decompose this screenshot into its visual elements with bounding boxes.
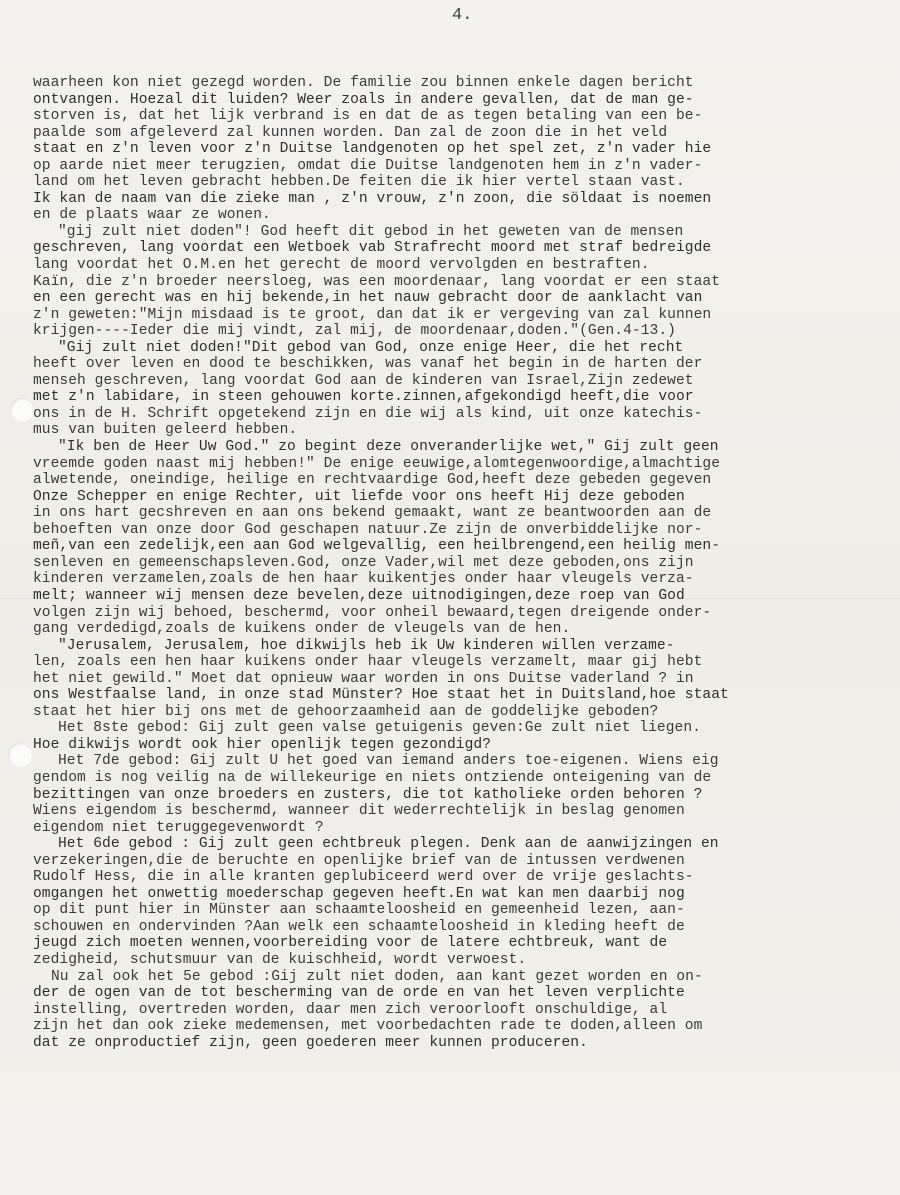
punch-hole (10, 398, 34, 422)
text-line: Onze Schepper en enige Rechter, uit lief… (33, 489, 900, 506)
text-line: Ik kan de naam van die zieke man , z'n v… (33, 191, 900, 208)
text-line: op dit punt hier in Münster aan schaamte… (33, 902, 900, 919)
text-line: "Ik ben de Heer Uw God." zo begint deze … (33, 439, 900, 456)
text-line: ontvangen. Hoezal dit luiden? Weer zoals… (33, 92, 900, 109)
text-line: geschreven, lang voordat een Wetboek vab… (33, 240, 900, 257)
text-line: alwetende, oneindige, heilige en rechtva… (33, 472, 900, 489)
text-line: vreemde goden naast mij hebben!" De enig… (33, 456, 900, 473)
text-line: en een gerecht was en hij bekende,in het… (33, 290, 900, 307)
text-line: dat ze onproductief zijn, geen goederen … (33, 1035, 900, 1052)
text-line: "Jerusalem, Jerusalem, hoe dikwijls heb … (33, 638, 900, 655)
text-line: kinderen verzamelen,zoals de hen haar ku… (33, 571, 900, 588)
text-line: land om het leven gebracht hebben.De fei… (33, 174, 900, 191)
text-line: Het 8ste gebod: Gij zult geen valse getu… (33, 720, 900, 737)
text-line: menseh geschreven, lang voordat God aan … (33, 373, 900, 390)
text-line: len, zoals een hen haar kuikens onder ha… (33, 654, 900, 671)
text-line: Wiens eigendom is beschermd, wanneer dit… (33, 803, 900, 820)
text-line: eigendom niet teruggegevenwordt ? (33, 820, 900, 837)
text-line: het niet gewild." Moet dat opnieuw waar … (33, 671, 900, 688)
text-line: zijn het dan ook zieke medemensen, met v… (33, 1018, 900, 1035)
document-body: waarheen kon niet gezegd worden. De fami… (33, 75, 900, 1051)
text-line: Hoe dikwijs wordt ook hier openlijk tege… (33, 737, 900, 754)
text-line: op aarde niet meer terugzien, omdat die … (33, 158, 900, 175)
text-line: gendom is nog veilig na de willekeurige … (33, 770, 900, 787)
text-line: omgangen het onwettig moederschap gegeve… (33, 886, 900, 903)
text-line: in ons hart gecshreven en aan ons bekend… (33, 505, 900, 522)
text-line: storven is, dat het lijk verbrand is en … (33, 108, 900, 125)
text-line: lang voordat het O.M.en het gerecht de m… (33, 257, 900, 274)
text-line: meñ,van een zedelijk,een aan God welgeva… (33, 538, 900, 555)
text-line: gang verdedigd,zoals de kuikens onder de… (33, 621, 900, 638)
text-line: z'n geweten:"Mijn misdaad is te groot, d… (33, 307, 900, 324)
text-line: mus van buiten geleerd hebben. (33, 422, 900, 439)
text-line: Nu zal ook het 5e gebod :Gij zult niet d… (33, 969, 900, 986)
text-line: melt; wanneer wij mensen deze bevelen,de… (33, 588, 900, 605)
text-line: der de ogen van de tot bescherming van d… (33, 985, 900, 1002)
text-line: zedigheid, schutsmuur van de kuischheid,… (33, 952, 900, 969)
text-line: krijgen----Ieder die mij vindt, zal mij,… (33, 323, 900, 340)
text-line: ons in de H. Schrift opgetekend zijn en … (33, 406, 900, 423)
text-line: "Gij zult niet doden!"Dit gebod van God,… (33, 340, 900, 357)
text-line: verzekeringen,die de beruchte en openlij… (33, 853, 900, 870)
punch-hole (8, 743, 32, 767)
text-line: schouwen en ondervinden ?Aan welk een sc… (33, 919, 900, 936)
text-line: behoeften van onze door God geschapen na… (33, 522, 900, 539)
text-line: Kaïn, die z'n broeder neersloeg, was een… (33, 274, 900, 291)
text-line: en de plaats waar ze wonen. (33, 207, 900, 224)
text-line: senleven en gemeenschapsleven.God, onze … (33, 555, 900, 572)
page-number: 4. (452, 6, 472, 25)
text-line: met z'n labidare, in steen gehouwen kort… (33, 389, 900, 406)
text-line: paalde som afgeleverd zal kunnen worden.… (33, 125, 900, 142)
text-line: instelling, overtreden worden, daar men … (33, 1002, 900, 1019)
text-line: Rudolf Hess, die in alle kranten geplubi… (33, 869, 900, 886)
text-line: staat en z'n leven voor z'n Duitse landg… (33, 141, 900, 158)
text-line: staat het hier bij ons met de gehoorzaam… (33, 704, 900, 721)
text-line: jeugd zich moeten wennen,voorbereiding v… (33, 935, 900, 952)
typewritten-page: 4. waarheen kon niet gezegd worden. De f… (0, 0, 900, 1195)
text-line: bezittingen van onze broeders en zusters… (33, 787, 900, 804)
text-line: Het 7de gebod: Gij zult U het goed van i… (33, 753, 900, 770)
text-line: volgen zijn wij behoed, beschermd, voor … (33, 605, 900, 622)
text-line: waarheen kon niet gezegd worden. De fami… (33, 75, 900, 92)
text-line: ons Westfaalse land, in onze stad Münste… (33, 687, 900, 704)
text-line: heeft over leven en dood te beschikken, … (33, 356, 900, 373)
text-line: "gij zult niet doden"! God heeft dit geb… (33, 224, 900, 241)
text-line: Het 6de gebod : Gij zult geen echtbreuk … (33, 836, 900, 853)
